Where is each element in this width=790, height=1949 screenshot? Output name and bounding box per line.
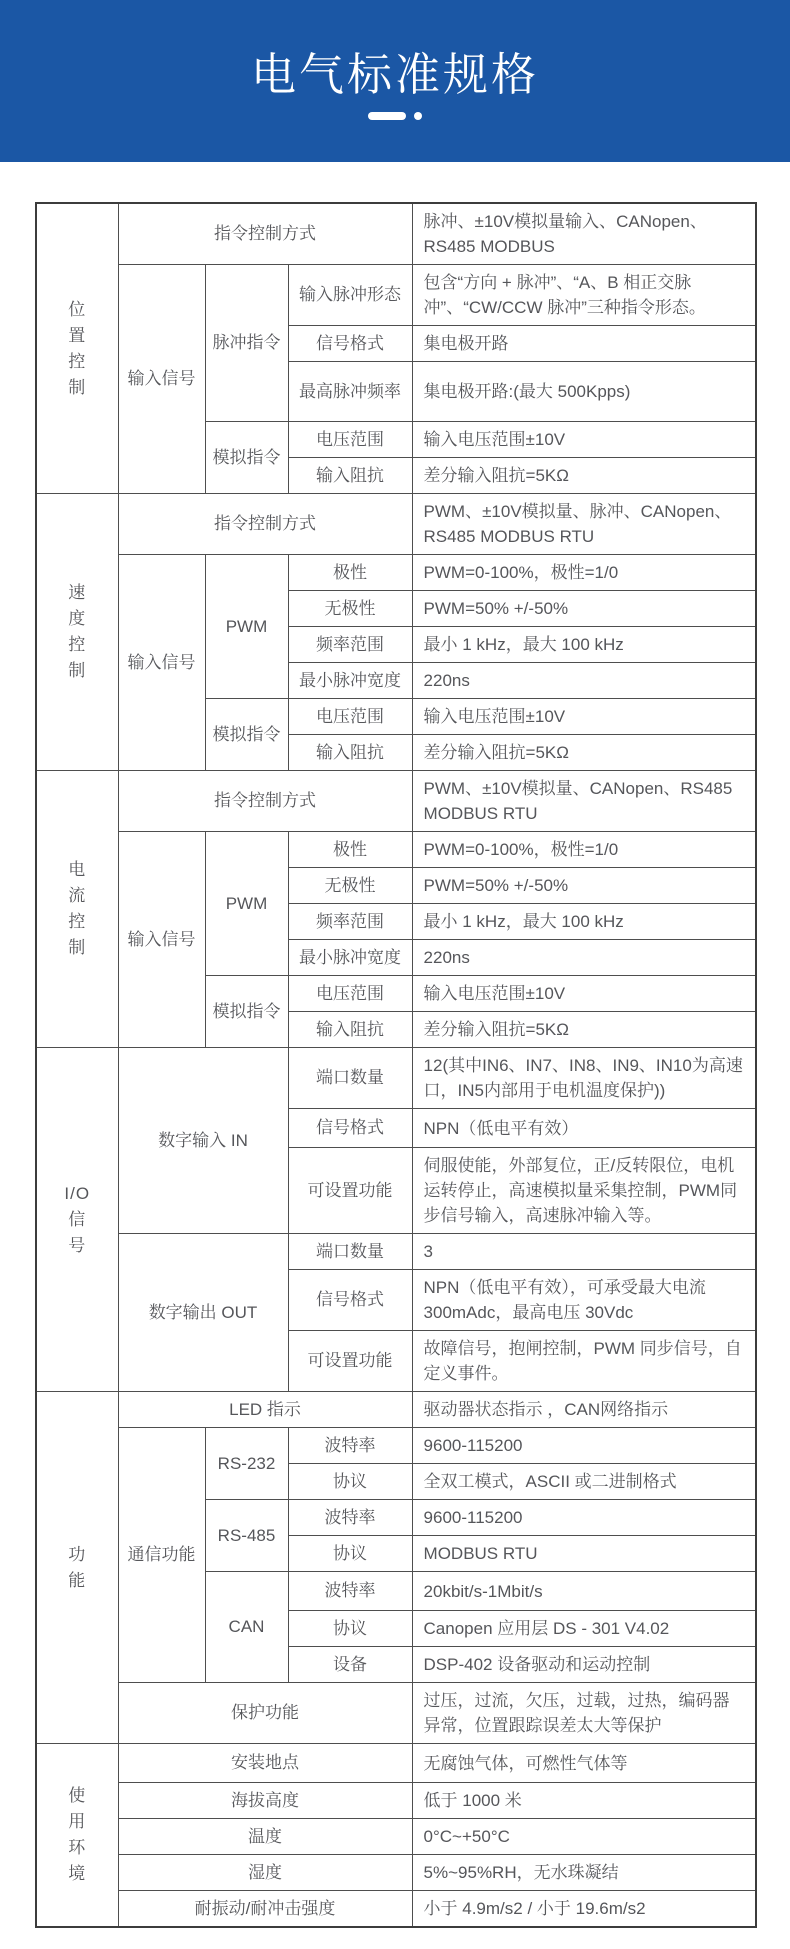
row-label: 输入脉冲形态 [288,265,412,326]
row-label: 无极性 [288,868,412,904]
row-label: 可设置功能 [288,1148,412,1234]
row-value: PWM=0-100%，极性=1/0 [412,555,756,591]
row-value: PWM、±10V模拟量、CANopen、RS485 MODBUS RTU [412,771,756,832]
row-label: 信号格式 [288,1270,412,1331]
section-environment: 使 用 环 境 安装地点 无腐蚀气体，可燃性气体等 海拔高度 低于 1000 米… [36,1744,756,1928]
row-label: 最高脉冲频率 [288,362,412,422]
group-label: 脉冲指令 [205,265,288,422]
group-label: PWM [205,832,288,976]
row-value: 输入电压范围±10V [412,699,756,735]
row-value: 差分输入阻抗=5KΩ [412,1012,756,1048]
group-label: 模拟指令 [205,699,288,771]
group-label-digital-in: 数字输入 IN [118,1048,288,1234]
row-label: 极性 [288,555,412,591]
group-label: 输入信号 [118,832,205,1048]
row-value: 输入电压范围±10V [412,422,756,458]
row-label: 信号格式 [288,326,412,362]
row-label: 协议 [288,1536,412,1572]
category-functions: 功 能 [36,1392,118,1744]
row-value: 0°C~+50°C [412,1819,756,1855]
title-banner: 电气标准规格 [0,0,790,162]
row-label: 端口数量 [288,1234,412,1270]
category-io-signals: I/O 信 号 [36,1048,118,1392]
row-label: 指令控制方式 [118,203,412,265]
section-io-signals: I/O 信 号 数字输入 IN 端口数量 12(其中IN6、IN7、IN8、IN… [36,1048,756,1392]
row-value: NPN（低电平有效），可承受最大电流300mAdc，最高电压 30Vdc [412,1270,756,1331]
row-value: MODBUS RTU [412,1536,756,1572]
title-underline-dot [414,112,422,120]
row-label: 海拔高度 [118,1783,412,1819]
row-label: 频率范围 [288,627,412,663]
row-value: PWM、±10V模拟量、脉冲、CANopen、RS485 MODBUS RTU [412,494,756,555]
row-value: 过压，过流，欠压，过载，过热，编码器异常，位置跟踪误差太大等保护 [412,1683,756,1744]
row-label: 频率范围 [288,904,412,940]
row-label: 可设置功能 [288,1331,412,1392]
spec-table: 位 置 控 制 指令控制方式 脉冲、±10V模拟量输入、CANopen、RS48… [35,202,757,1928]
row-label: 电压范围 [288,699,412,735]
row-label: 协议 [288,1464,412,1500]
row-value: 故障信号，抱闸控制，PWM 同步信号，自定义事件。 [412,1331,756,1392]
row-value: PWM=0-100%，极性=1/0 [412,832,756,868]
row-value: 差分输入阻抗=5KΩ [412,735,756,771]
page-title: 电气标准规格 [0,0,790,103]
group-label-rs232: RS-232 [205,1428,288,1500]
category-position-control: 位 置 控 制 [36,203,118,494]
row-value: 最小 1 kHz，最大 100 kHz [412,627,756,663]
row-value: 3 [412,1234,756,1270]
row-value: 5%~95%RH，无水珠凝结 [412,1855,756,1891]
group-label: PWM [205,555,288,699]
category-current-control: 电 流 控 制 [36,771,118,1048]
row-value: 220ns [412,940,756,976]
row-value: 差分输入阻抗=5KΩ [412,458,756,494]
row-label: 电压范围 [288,976,412,1012]
row-label: 信号格式 [288,1109,412,1148]
row-value: 驱动器状态指示 ，CAN网络指示 [412,1392,756,1428]
row-value: NPN（低电平有效） [412,1109,756,1148]
row-label: 指令控制方式 [118,771,412,832]
row-value: 12(其中IN6、IN7、IN8、IN9、IN10为高速口，IN5内部用于电机温… [412,1048,756,1109]
row-label: 输入阻抗 [288,735,412,771]
row-value: 集电极开路 [412,326,756,362]
title-underline [0,112,790,120]
group-label: 输入信号 [118,555,205,771]
row-label: 设备 [288,1647,412,1683]
row-label: 极性 [288,832,412,868]
row-value: 伺服使能，外部复位，正/反转限位，电机运转停止，高速模拟量采集控制，PWM同步信… [412,1148,756,1234]
row-value: 包含“方向 + 脉冲”、“A、B 相正交脉冲”、“CW/CCW 脉冲”三种指令形… [412,265,756,326]
row-value: 脉冲、±10V模拟量输入、CANopen、RS485 MODBUS [412,203,756,265]
row-label: 端口数量 [288,1048,412,1109]
group-label: 模拟指令 [205,976,288,1048]
row-value: PWM=50% +/-50% [412,591,756,627]
section-speed-control: 速 度 控 制 指令控制方式 PWM、±10V模拟量、脉冲、CANopen、RS… [36,494,756,771]
row-value: PWM=50% +/-50% [412,868,756,904]
category-speed-control: 速 度 控 制 [36,494,118,771]
group-label: 输入信号 [118,265,205,494]
row-label: 协议 [288,1611,412,1647]
row-value: 9600-115200 [412,1500,756,1536]
title-underline-dash [368,112,406,120]
row-value: 20kbit/s-1Mbit/s [412,1572,756,1611]
row-value: 全双工模式，ASCII 或二进制格式 [412,1464,756,1500]
row-label: 指令控制方式 [118,494,412,555]
row-value: 最小 1 kHz，最大 100 kHz [412,904,756,940]
row-value: 集电极开路:(最大 500Kpps) [412,362,756,422]
row-label: 电压范围 [288,422,412,458]
row-value: 无腐蚀气体，可燃性气体等 [412,1744,756,1783]
row-label: 温度 [118,1819,412,1855]
section-functions: 功 能 LED 指示 驱动器状态指示 ，CAN网络指示 通信功能 RS-232 … [36,1392,756,1744]
row-label: 波特率 [288,1572,412,1611]
row-label: 安装地点 [118,1744,412,1783]
group-label: 模拟指令 [205,422,288,494]
group-label-rs485: RS-485 [205,1500,288,1572]
row-label: 波特率 [288,1428,412,1464]
row-label: 波特率 [288,1500,412,1536]
row-label: 耐振动/耐冲击强度 [118,1891,412,1928]
row-value: DSP-402 设备驱动和运动控制 [412,1647,756,1683]
section-current-control: 电 流 控 制 指令控制方式 PWM、±10V模拟量、CANopen、RS485… [36,771,756,1048]
row-label: LED 指示 [118,1392,412,1428]
row-label: 最小脉冲宽度 [288,663,412,699]
row-value: 输入电压范围±10V [412,976,756,1012]
row-label: 保护功能 [118,1683,412,1744]
row-label: 输入阻抗 [288,458,412,494]
row-value: Canopen 应用层 DS - 301 V4.02 [412,1611,756,1647]
row-label: 无极性 [288,591,412,627]
row-value: 220ns [412,663,756,699]
row-value: 低于 1000 米 [412,1783,756,1819]
category-environment: 使 用 环 境 [36,1744,118,1928]
row-label: 最小脉冲宽度 [288,940,412,976]
group-label-comm: 通信功能 [118,1428,205,1683]
section-position-control: 位 置 控 制 指令控制方式 脉冲、±10V模拟量输入、CANopen、RS48… [36,203,756,494]
row-value: 9600-115200 [412,1428,756,1464]
row-label: 输入阻抗 [288,1012,412,1048]
group-label-digital-out: 数字输出 OUT [118,1234,288,1392]
group-label-can: CAN [205,1572,288,1683]
row-label: 湿度 [118,1855,412,1891]
row-value: 小于 4.9m/s2 / 小于 19.6m/s2 [412,1891,756,1928]
